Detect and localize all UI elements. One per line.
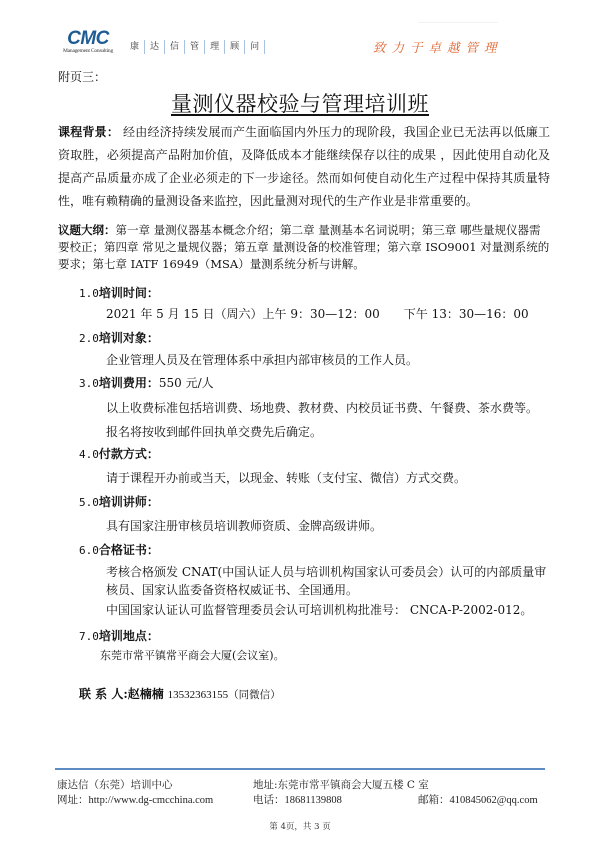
brand-char: 问 xyxy=(245,40,265,54)
footer-phone: 电话：18681139808 xyxy=(253,792,342,807)
footer-org: 康达信（东莞）培训中心 xyxy=(57,777,173,792)
section-heading-payment: 4.0付款方式： xyxy=(79,445,159,462)
brand-char: 顾 xyxy=(225,40,245,54)
background-text: 经由经济持续发展而产生面临国内外压力的现阶段，我国企业已无法再以低廉工资取胜，必… xyxy=(58,125,550,208)
section-body-audience: 企业管理人员及在管理体系中承担内部审核员的工作人员。 xyxy=(106,351,552,369)
page-indicator: 第 4页，共 3 页 xyxy=(0,820,600,832)
contact-phone: 13532363155 xyxy=(168,689,229,701)
background-label: 课程背景： xyxy=(58,125,119,139)
section-body-location: 东莞市常平镇常平商会大厦(会议室)。 xyxy=(100,647,546,665)
section-body-certificate: 考核合格颁发 CNAT(中国认证人员与培训机构国家认可委员会）认可的内部质量审核… xyxy=(106,563,552,599)
footer-address: 地址:东莞市常平镇商会大厦五楼 C 室 xyxy=(253,777,429,792)
header-divider xyxy=(418,22,498,23)
section-heading-location: 7.0培训地点： xyxy=(79,627,159,644)
email-link[interactable]: 410845062@qq.com xyxy=(450,795,538,806)
section-body-payment: 请于课程开办前或当天，以现金、转账（支付宝、微信）方式交费。 xyxy=(106,469,552,487)
section-heading-audience: 2.0培训对象： xyxy=(79,329,159,346)
section-heading-fee: 3.0培训费用：550 元/人 xyxy=(79,374,214,391)
contact-name: 赵楠楠 xyxy=(128,687,164,701)
section-body-time: 2021 年 5 月 15 日（周六）上午 9：30—12：00 下午 13：3… xyxy=(106,305,552,323)
brand-char: 达 xyxy=(145,40,165,54)
section-heading-certificate: 6.0合格证书： xyxy=(79,541,159,558)
brand-char: 管 xyxy=(185,40,205,54)
section-body-fee: 以上收费标准包括培训费、场地费、教材费、内校员证书费、午餐费、茶水费等。 xyxy=(106,399,552,417)
contact-label: 联 系 人: xyxy=(79,687,128,701)
footer-website: 网址：http://www.dg-cmcchina.com xyxy=(57,792,213,807)
logo-mark: CMC xyxy=(58,30,118,48)
page-title: 量测仪器校验与管理培训班 xyxy=(0,88,600,118)
brand-name: 康 达 信 管 理 顾 问 xyxy=(128,40,265,54)
appendix-label: 附页三： xyxy=(58,68,106,85)
section-heading-instructor: 5.0培训讲师： xyxy=(79,493,159,510)
outline-label: 议题大纲： xyxy=(58,223,116,237)
brand-char: 理 xyxy=(205,40,225,54)
contact-note: （同微信） xyxy=(228,689,281,701)
website-link[interactable]: http://www.dg-cmcchina.com xyxy=(89,795,214,806)
section-body-instructor: 具有国家注册审核员培训教师资质、金牌高级讲师。 xyxy=(106,517,552,535)
brand-char: 信 xyxy=(165,40,185,54)
section-body-approval-number: 中国国家认证认可监督管理委员会认可培训机构批准号： CNCA-P-2002-01… xyxy=(106,601,552,619)
footer-divider xyxy=(55,768,545,770)
logo-subtitle: Management Consulting xyxy=(58,48,118,54)
course-outline: 议题大纲：第一章 量测仪器基本概念介绍；第二章 量测基本名词说明；第三章 哪些量… xyxy=(58,222,550,273)
company-logo: CMC Management Consulting xyxy=(58,30,118,54)
section-body-fee-note: 报名将按收到邮件回执单交费先后确定。 xyxy=(106,423,552,441)
fee-amount: 550 元/人 xyxy=(159,376,214,390)
footer-email: 邮箱：410845062@qq.com xyxy=(418,792,538,807)
section-heading-time: 1.0培训时间： xyxy=(79,284,159,301)
slogan: 致力于卓越管理 xyxy=(373,38,503,56)
brand-char: 康 xyxy=(128,40,145,54)
contact-line: 联 系 人:赵楠楠 13532363155（同微信） xyxy=(79,685,281,702)
course-background: 课程背景： 经由经济持续发展而产生面临国内外压力的现阶段，我国企业已无法再以低廉… xyxy=(58,121,550,213)
phone-number: 18681139808 xyxy=(285,795,342,806)
outline-text: 第一章 量测仪器基本概念介绍；第二章 量测基本名词说明；第三章 哪些量规仪器需要… xyxy=(58,223,549,271)
